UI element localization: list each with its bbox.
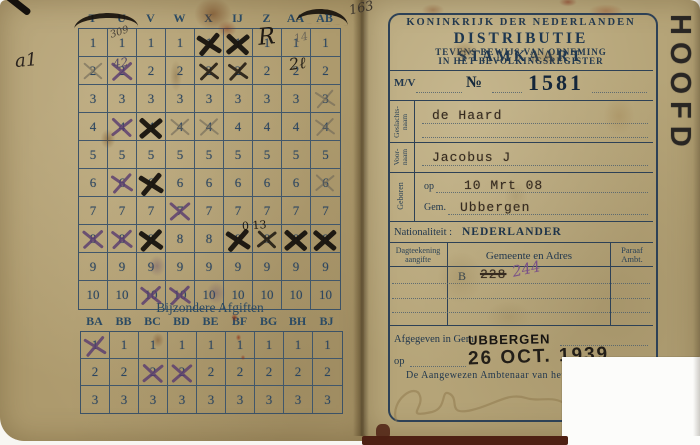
cross-mark xyxy=(312,171,338,193)
paper-stain xyxy=(146,252,168,280)
grid-cell: 1 xyxy=(137,29,166,57)
grid-cell: 3 xyxy=(253,85,282,113)
dotted-line xyxy=(416,92,462,93)
no-label: № xyxy=(466,74,482,92)
grid-cell: 1 xyxy=(166,29,195,57)
column-letter: BJ xyxy=(312,314,341,329)
dotted-line xyxy=(422,165,648,166)
handwritten-note: 0 13 xyxy=(242,218,267,233)
grid-cell: 1 xyxy=(255,332,284,359)
paper-stain xyxy=(418,2,448,18)
grid-cell: 1 xyxy=(311,29,340,57)
dotted-line xyxy=(410,366,466,367)
paper-stain xyxy=(203,278,229,308)
bijzondere-column-letters: BABBBCBDBEBFBGBHBJ xyxy=(80,314,341,329)
cross-mark xyxy=(312,116,337,137)
born-label: Geboren xyxy=(393,174,409,218)
cross-mark xyxy=(196,59,220,81)
grid-cell: 1 xyxy=(110,332,139,359)
column-letter: BA xyxy=(80,314,109,329)
cross-mark xyxy=(108,227,134,249)
cross-mark xyxy=(136,225,165,250)
column-letter: BD xyxy=(167,314,196,329)
grid-cell: 2 xyxy=(313,359,342,386)
grid-cell: 4 xyxy=(282,113,311,141)
grid-cell: 9 xyxy=(253,253,282,281)
grid-cell: 6 xyxy=(79,169,108,197)
cross-mark xyxy=(166,283,193,306)
grid-cell: 2 xyxy=(311,57,340,85)
surname-value: de Haard xyxy=(432,108,502,123)
cross-mark xyxy=(79,227,105,249)
rule xyxy=(389,172,653,173)
cross-mark xyxy=(166,198,193,221)
dotted-line xyxy=(492,92,522,93)
grid-cell: 9 xyxy=(224,253,253,281)
column-letter: BH xyxy=(283,314,312,329)
nationality-value: NEDERLANDER xyxy=(462,226,562,238)
paper-edge-shade xyxy=(693,0,700,436)
paper-stain xyxy=(478,296,540,338)
paper-stain xyxy=(445,38,483,64)
grid-cell: 9 xyxy=(108,253,137,281)
paper-stain xyxy=(168,55,184,97)
surname-label: Geslachts- naam xyxy=(391,102,411,142)
grid-cell: 7 xyxy=(137,197,166,225)
cross-mark xyxy=(312,87,338,109)
handwritten-note: 2ℓ xyxy=(288,53,307,75)
grid-cell: 2 xyxy=(81,359,110,386)
bijzondere-grid: 111111111222222222333333333 xyxy=(80,331,343,414)
grid-cell: 4 xyxy=(253,113,282,141)
grid-cell: 9 xyxy=(195,253,224,281)
grid-cell: 3 xyxy=(224,85,253,113)
grid-cell: 9 xyxy=(79,253,108,281)
born-op-label: op xyxy=(424,181,434,192)
dotted-line xyxy=(436,192,648,193)
grid-cell: 7 xyxy=(311,197,340,225)
grid-cell: 2 xyxy=(284,359,313,386)
grid-cell: 3 xyxy=(282,85,311,113)
grid-cell: 2 xyxy=(255,359,284,386)
cross-mark xyxy=(138,283,164,305)
cross-mark xyxy=(225,58,250,81)
grid-cell: 1 xyxy=(168,332,197,359)
grid-cell: 8 xyxy=(166,225,195,253)
paper-stain xyxy=(500,176,532,216)
grid-cell: 3 xyxy=(168,386,197,413)
grid-cell: 3 xyxy=(81,386,110,413)
cross-mark xyxy=(135,169,165,196)
grid-cell: 9 xyxy=(282,253,311,281)
column-letter: BE xyxy=(196,314,225,329)
grid-cell: 9 xyxy=(166,253,195,281)
handwritten-note: 42 xyxy=(112,55,129,71)
grid-cell: 6 xyxy=(253,169,282,197)
grid-cell: 3 xyxy=(313,386,342,413)
grid-cell: 3 xyxy=(139,386,168,413)
grid-cell: 2 xyxy=(137,57,166,85)
paper-stain xyxy=(150,330,166,350)
firstname-label: Voor- naam xyxy=(391,137,411,177)
grid-cell: 2 xyxy=(226,359,255,386)
cross-mark xyxy=(167,116,192,137)
column-letter: BC xyxy=(138,314,167,329)
grid-cell: 5 xyxy=(166,141,195,169)
paper-stain xyxy=(598,90,640,142)
grid-cell: 3 xyxy=(197,386,226,413)
cross-mark xyxy=(168,360,195,383)
grid-cell: 7 xyxy=(79,197,108,225)
paper-stain xyxy=(230,312,239,323)
paper-stain xyxy=(583,2,629,20)
paper-stain xyxy=(235,333,242,342)
cross-mark xyxy=(80,59,105,80)
cross-stroke xyxy=(85,335,104,357)
card-number: 1581 xyxy=(528,70,584,96)
firstname-value: Jacobus J xyxy=(432,150,511,165)
grid-cell: 7 xyxy=(108,197,137,225)
cross-stroke xyxy=(316,89,333,108)
grid-cell: 3 xyxy=(284,386,313,413)
label-column-divider xyxy=(414,100,415,221)
grid-cell: 2 xyxy=(253,57,282,85)
handwritten-note: a1 xyxy=(14,49,38,72)
grid-cell: 6 xyxy=(224,169,253,197)
grid-cell: 3 xyxy=(79,85,108,113)
scan-edge-blob xyxy=(376,424,390,440)
grid-cell: 3 xyxy=(195,85,224,113)
grid-cell: 1 xyxy=(197,332,226,359)
grid-cell: 2 xyxy=(197,359,226,386)
rule xyxy=(389,242,653,243)
grid-cell: 6 xyxy=(166,169,195,197)
grid-cell: 1 xyxy=(79,29,108,57)
grid-cell: 3 xyxy=(110,386,139,413)
column-letter: V xyxy=(136,11,165,26)
grid-cell: 5 xyxy=(311,141,340,169)
grid-cell: 8 xyxy=(195,225,224,253)
grid-cell: 3 xyxy=(137,85,166,113)
grid-cell: 5 xyxy=(282,141,311,169)
rule xyxy=(389,221,653,222)
grid-cell: 2 xyxy=(110,359,139,386)
paper-stain xyxy=(98,126,118,152)
paper-stain xyxy=(214,18,240,40)
scanned-document: TUVWXIJZAAAB 111111111222222222333333333… xyxy=(0,0,700,445)
table-header-paraaf: Paraaf Ambt. xyxy=(612,246,652,264)
paper-stain xyxy=(430,242,490,312)
fold-crease xyxy=(353,0,369,436)
cross-mark xyxy=(281,225,311,251)
grid-cell: 1 xyxy=(313,332,342,359)
cross-mark xyxy=(197,116,221,136)
grid-cell: 9 xyxy=(311,253,340,281)
grid-cell: 1 xyxy=(284,332,313,359)
grid-cell: 4 xyxy=(224,113,253,141)
cross-mark xyxy=(108,170,135,194)
column-letter: BB xyxy=(109,314,138,329)
grid-cell: 3 xyxy=(108,85,137,113)
grid-cell: 5 xyxy=(195,141,224,169)
rule xyxy=(389,70,653,71)
scan-edge-strip xyxy=(362,436,568,445)
grid-cell: 5 xyxy=(224,141,253,169)
cross-mark xyxy=(136,113,166,139)
grid-cell: 6 xyxy=(282,169,311,197)
grid-cell: 3 xyxy=(226,386,255,413)
cross-mark xyxy=(139,359,167,383)
hoofd-stamp: HOOFD xyxy=(654,14,696,174)
rule xyxy=(389,142,653,143)
white-redaction-box xyxy=(562,357,700,445)
mv-label: M/V xyxy=(394,77,415,89)
grid-cell: 6 xyxy=(195,169,224,197)
handwritten-note: R xyxy=(257,23,277,51)
issued-op-label: op xyxy=(394,356,405,367)
signature xyxy=(388,378,568,426)
dotted-line xyxy=(448,214,648,215)
born-gem-label: Gem. xyxy=(424,202,446,213)
grid-cell: 7 xyxy=(195,197,224,225)
grid-cell: 3 xyxy=(255,386,284,413)
paper-stain xyxy=(520,46,572,68)
grid-cell: 5 xyxy=(137,141,166,169)
nationality-label: Nationaliteit : xyxy=(394,227,452,238)
grid-cell: 5 xyxy=(253,141,282,169)
cross-mark xyxy=(310,226,339,251)
grid-cell: 7 xyxy=(282,197,311,225)
column-letter: BG xyxy=(254,314,283,329)
cross-mark xyxy=(80,332,108,357)
paper-stain xyxy=(240,354,246,361)
